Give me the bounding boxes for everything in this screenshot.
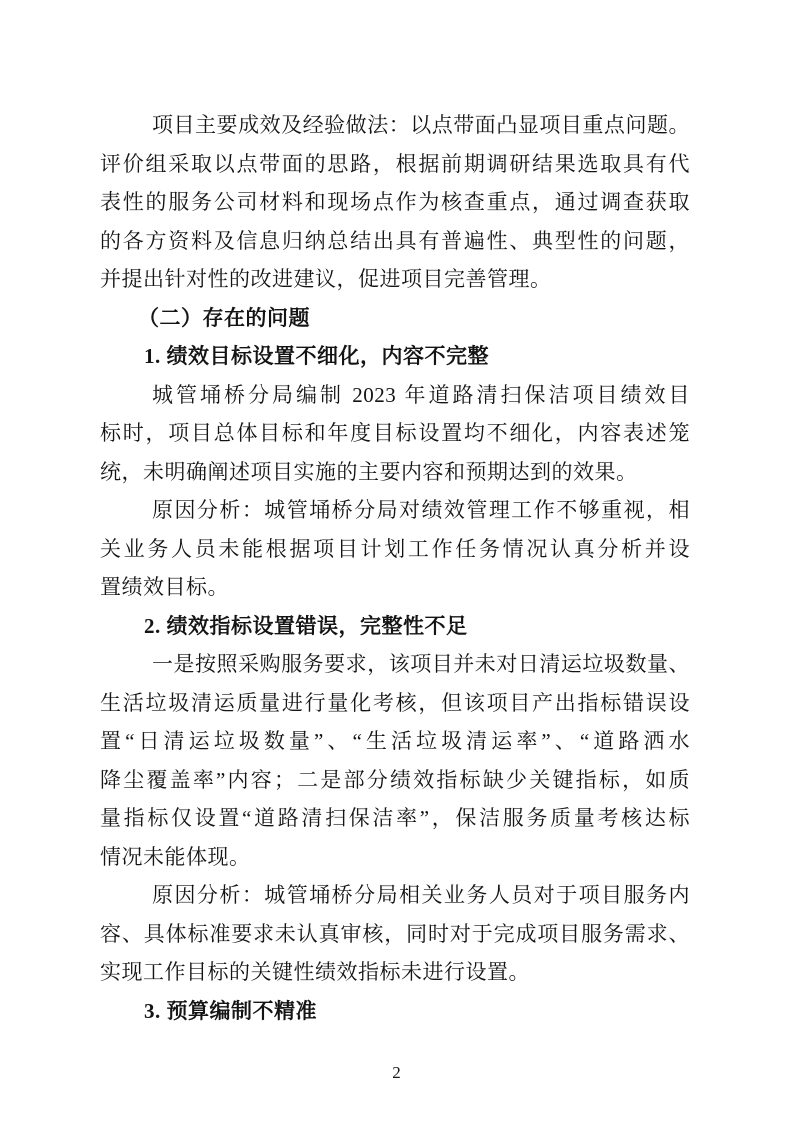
page-number: 2	[392, 1062, 401, 1084]
paragraph-problem-2-line-6: 情况未能体现。	[100, 838, 690, 877]
paragraph-problem-2-line-3: 置“日清运垃圾数量”、“生活垃圾清运率”、“道路洒水	[100, 722, 690, 761]
paragraph-achievements-line-3: 表性的服务公司材料和现场点作为核查重点，通过调查获取	[100, 183, 690, 222]
paragraph-problem-2-cause-line-1: 原因分析：城管埇桥分局相关业务人员对于项目服务内	[100, 876, 690, 915]
page-footer: 2	[0, 1062, 793, 1084]
paragraph-problem-1-line-1: 城管埇桥分局编制 2023 年道路清扫保洁项目绩效目	[100, 376, 690, 415]
paragraph-problem-2-line-1: 一是按照采购服务要求，该项目并未对日清运垃圾数量、	[100, 645, 690, 684]
document-body: 项目主要成效及经验做法：以点带面凸显项目重点问题。评价组采取以点带面的思路，根据…	[100, 106, 690, 1030]
paragraph-problem-2-line-2: 生活垃圾清运质量进行量化考核，但该项目产出指标错误设	[100, 684, 690, 723]
paragraph-achievements-line-1: 项目主要成效及经验做法：以点带面凸显项目重点问题。	[100, 106, 690, 145]
paragraph-problem-2-cause-line-2: 容、具体标准要求未认真审核，同时对于完成项目服务需求、	[100, 915, 690, 954]
paragraph-problem-1-line-3: 统，未明确阐述项目实施的主要内容和预期达到的效果。	[100, 453, 690, 492]
paragraph-problem-2-line-5: 量指标仅设置“道路清扫保洁率”，保洁服务质量考核达标	[100, 799, 690, 838]
heading-problem-2-line-1: 2. 绩效指标设置错误，完整性不足	[100, 607, 690, 646]
paragraph-problem-1-cause-line-1: 原因分析：城管埇桥分局对绩效管理工作不够重视，相	[100, 491, 690, 530]
paragraph-achievements-line-2: 评价组采取以点带面的思路，根据前期调研结果选取具有代	[100, 145, 690, 184]
paragraph-problem-1-cause-line-2: 关业务人员未能根据项目计划工作任务情况认真分析并设	[100, 530, 690, 569]
paragraph-problem-1-cause-line-3: 置绩效目标。	[100, 568, 690, 607]
paragraph-problem-2-line-4: 降尘覆盖率”内容；二是部分绩效指标缺少关键指标，如质	[100, 761, 690, 800]
paragraph-achievements-line-4: 的各方资料及信息归纳总结出具有普遍性、典型性的问题，	[100, 222, 690, 261]
heading-problem-1-line-1: 1. 绩效目标设置不细化，内容不完整	[100, 337, 690, 376]
heading-existing-problems-line-1: （二）存在的问题	[100, 299, 690, 338]
paragraph-problem-2-cause-line-3: 实现工作目标的关键性绩效指标未进行设置。	[100, 953, 690, 992]
paragraph-achievements-line-5: 并提出针对性的改进建议，促进项目完善管理。	[100, 260, 690, 299]
heading-problem-3-line-1: 3. 预算编制不精准	[100, 992, 690, 1031]
paragraph-problem-1-line-2: 标时，项目总体目标和年度目标设置均不细化，内容表述笼	[100, 414, 690, 453]
document-page: 项目主要成效及经验做法：以点带面凸显项目重点问题。评价组采取以点带面的思路，根据…	[0, 0, 793, 1122]
